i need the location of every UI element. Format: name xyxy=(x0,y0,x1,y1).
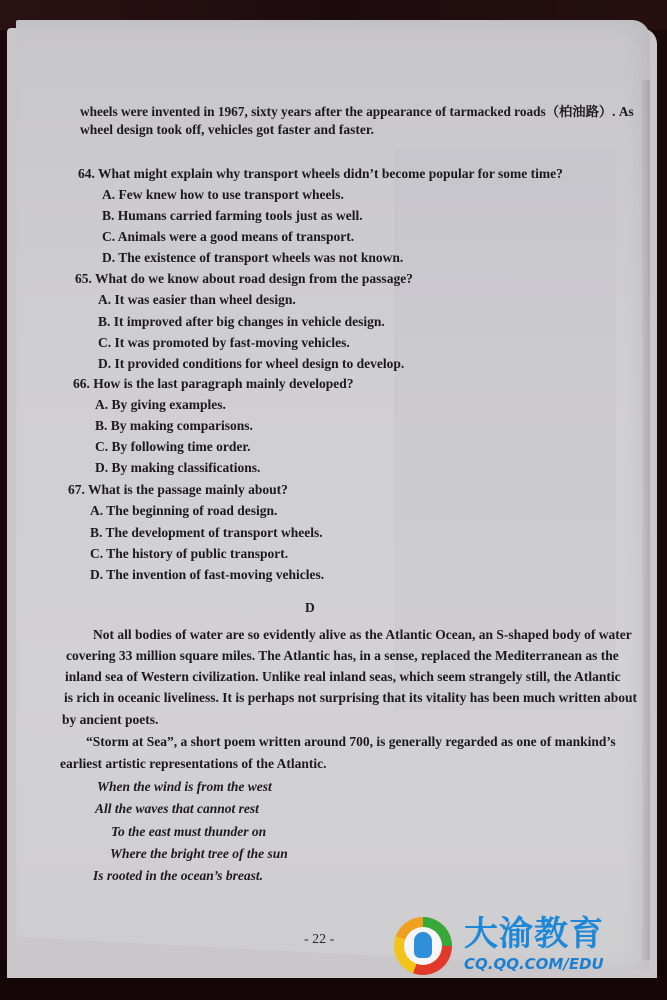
option-a: A. By giving examples. xyxy=(95,398,226,412)
option-c: C. Animals were a good means of transpor… xyxy=(102,230,354,244)
option-a: A. It was easier than wheel design. xyxy=(98,293,296,307)
question-number: 64. xyxy=(78,166,95,181)
question-number: 65. xyxy=(75,271,92,286)
option-a: A. Few knew how to use transport wheels. xyxy=(102,188,344,202)
watermark-name: 大渝教育 xyxy=(464,917,604,951)
passage-line: wheels were invented in 1967, sixty year… xyxy=(80,105,634,118)
page-content: wheels were invented in 1967, sixty year… xyxy=(0,0,667,1000)
option-b: B. By making comparisons. xyxy=(95,419,253,433)
paragraph-line: Not all bodies of water are so evidently… xyxy=(93,628,632,642)
qq-penguin-logo-icon xyxy=(414,932,432,958)
paragraph-line: inland sea of Western civilization. Unli… xyxy=(65,670,621,684)
option-b: B. The development of transport wheels. xyxy=(90,526,323,540)
option-a: A. The beginning of road design. xyxy=(90,504,277,518)
watermark-url: CQ.QQ.COM/EDU xyxy=(464,957,604,972)
option-c: C. By following time order. xyxy=(95,440,251,454)
question-stem: What do we know about road design from t… xyxy=(95,271,413,286)
paragraph-line: earliest artistic representations of the… xyxy=(60,757,326,771)
option-d: D. It provided conditions for wheel desi… xyxy=(98,357,404,371)
paragraph-line: covering 33 million square miles. The At… xyxy=(66,649,619,663)
poem-line: All the waves that cannot rest xyxy=(95,802,259,816)
option-b: B. It improved after big changes in vehi… xyxy=(98,315,385,329)
paragraph-line: by ancient poets. xyxy=(62,713,158,727)
question-number: 67. xyxy=(68,482,85,497)
section-heading: D xyxy=(305,601,315,615)
question-stem: What is the passage mainly about? xyxy=(88,482,288,497)
question-number: 66. xyxy=(73,376,90,391)
passage-line: wheel design took off, vehicles got fast… xyxy=(80,123,374,137)
option-b: B. Humans carried farming tools just as … xyxy=(102,209,363,223)
question-stem: How is the last paragraph mainly develop… xyxy=(93,376,353,391)
poem-line: To the east must thunder on xyxy=(111,825,266,839)
option-d: D. By making classifications. xyxy=(95,461,260,475)
page-number: - 22 - xyxy=(304,932,334,948)
poem-line: Is rooted in the ocean’s breast. xyxy=(93,869,263,883)
option-c: C. The history of public transport. xyxy=(90,547,288,561)
watermark-logo: 大渝教育 CQ.QQ.COM/EDU xyxy=(394,917,634,977)
option-c: C. It was promoted by fast-moving vehicl… xyxy=(98,336,350,350)
option-d: D. The invention of fast-moving vehicles… xyxy=(90,568,324,582)
option-d: D. The existence of transport wheels was… xyxy=(102,251,403,265)
poem-line: Where the bright tree of the sun xyxy=(110,847,288,861)
paragraph-line: is rich in oceanic liveliness. It is per… xyxy=(64,691,637,705)
question-stem: What might explain why transport wheels … xyxy=(98,166,563,181)
paragraph-line: “Storm at Sea”, a short poem written aro… xyxy=(86,735,616,749)
poem-line: When the wind is from the west xyxy=(97,780,272,794)
